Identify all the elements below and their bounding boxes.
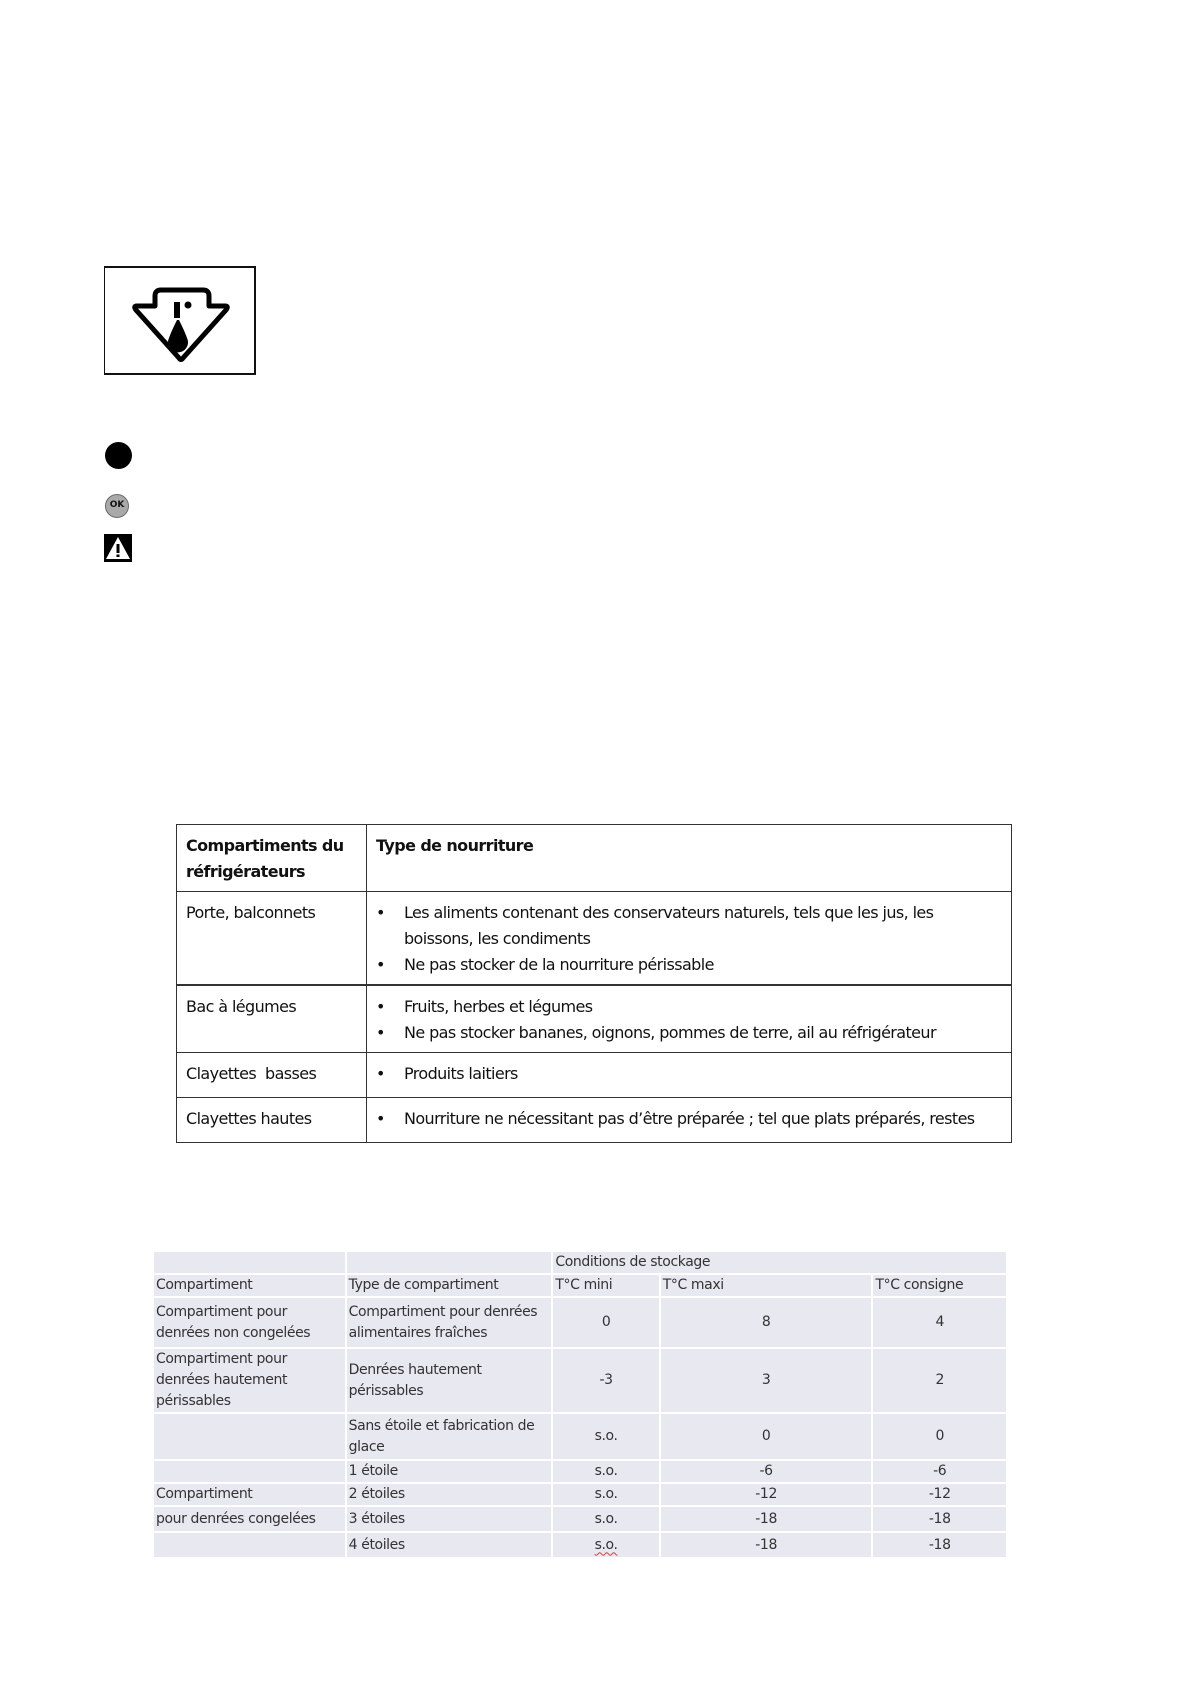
compartment-cell: [154, 1533, 345, 1557]
type-cell: Denrées hautement périssables: [347, 1349, 552, 1412]
table-row: Clayettes hautes Nourriture ne nécessita…: [177, 1098, 1012, 1143]
table-row: Sans étoile et fabrication de glace s.o.…: [154, 1414, 1006, 1459]
table-row: Compartiment 2 étoiles s.o. -12 -12: [154, 1484, 1006, 1505]
list-item: Les aliments contenant des conservateurs…: [404, 900, 1002, 952]
header-compartment-type: Type de compartiment: [347, 1275, 552, 1296]
empty-cell: [347, 1252, 552, 1273]
temp-setpoint-cell: -12: [873, 1484, 1006, 1505]
temp-max-cell: 8: [661, 1298, 872, 1347]
temp-setpoint-cell: -18: [873, 1533, 1006, 1557]
table-row: Bac à légumes Fruits, herbes et légumes …: [177, 985, 1012, 1053]
temp-max-cell: -18: [661, 1533, 872, 1557]
type-cell: 1 étoile: [347, 1461, 552, 1482]
header-compartments: Compartiments du réfrigérateurs: [177, 825, 367, 892]
temp-max-cell: 0: [661, 1414, 872, 1459]
table-header-row: Compartiments du réfrigérateurs Type de …: [177, 825, 1012, 892]
compartment-cell: Porte, balconnets: [177, 892, 367, 986]
table-header-row: Compartiment Type de compartiment T°C mi…: [154, 1275, 1006, 1296]
temp-max-cell: -6: [661, 1461, 872, 1482]
list-item: Ne pas stocker bananes, oignons, pommes …: [404, 1020, 1002, 1046]
table-row: 1 étoile s.o. -6 -6: [154, 1461, 1006, 1482]
list-item: Ne pas stocker de la nourriture périssab…: [404, 952, 1002, 978]
header-temp-max: T°C maxi: [661, 1275, 872, 1296]
food-type-cell: Nourriture ne nécessitant pas d’être pré…: [367, 1098, 1012, 1143]
compartment-cell: [154, 1461, 345, 1482]
group-header-storage-conditions: Conditions de stockage: [553, 1252, 1006, 1273]
type-cell: 3 étoiles: [347, 1507, 552, 1531]
ok-button-icon: OK: [105, 494, 129, 518]
compartment-cell: Bac à légumes: [177, 985, 367, 1053]
temp-min-cell: 0: [553, 1298, 658, 1347]
table-row: Clayettes basses Produits laitiers: [177, 1053, 1012, 1098]
food-type-cell: Fruits, herbes et légumes Ne pas stocker…: [367, 985, 1012, 1053]
table-row: Porte, balconnets Les aliments contenant…: [177, 892, 1012, 986]
table-row: pour denrées congelées 3 étoiles s.o. -1…: [154, 1507, 1006, 1531]
compartment-cell: Clayettes basses: [177, 1053, 367, 1098]
header-temp-min: T°C mini: [553, 1275, 658, 1296]
food-type-cell: Produits laitiers: [367, 1053, 1012, 1098]
temp-min-cell: s.o.: [553, 1507, 658, 1531]
temp-max-cell: 3: [661, 1349, 872, 1412]
spellcheck-underlined-text: s.o.: [595, 1537, 618, 1553]
list-item: Produits laitiers: [404, 1061, 1002, 1087]
temp-max-cell: -12: [661, 1484, 872, 1505]
compartment-cell: [154, 1414, 345, 1459]
compartment-cell: Compartiment: [154, 1484, 345, 1505]
compartment-cell: Compartiment pour denrées non congelées: [154, 1298, 345, 1347]
compartment-cell: Clayettes hautes: [177, 1098, 367, 1143]
temp-min-cell: s.o.: [553, 1484, 658, 1505]
type-cell: Sans étoile et fabrication de glace: [347, 1414, 552, 1459]
compartment-cell: pour denrées congelées: [154, 1507, 345, 1531]
temp-min-cell: -3: [553, 1349, 658, 1412]
temp-setpoint-cell: -6: [873, 1461, 1006, 1482]
type-cell: Compartiment pour denrées alimentaires f…: [347, 1298, 552, 1347]
header-temp-setpoint: T°C consigne: [873, 1275, 1006, 1296]
type-cell: 4 étoiles: [347, 1533, 552, 1557]
storage-symbol-box: [104, 266, 256, 375]
downward-pentagon-thermometer-icon: [131, 282, 231, 364]
temp-setpoint-cell: -18: [873, 1507, 1006, 1531]
compartment-cell: Compartiment pour denrées hautement péri…: [154, 1349, 345, 1412]
temp-min-cell: s.o.: [553, 1461, 658, 1482]
food-type-cell: Les aliments contenant des conservateurs…: [367, 892, 1012, 986]
temp-setpoint-cell: 0: [873, 1414, 1006, 1459]
warning-triangle-icon: [104, 534, 132, 562]
list-item: Nourriture ne nécessitant pas d’être pré…: [404, 1106, 1002, 1132]
group-header-row: Conditions de stockage: [154, 1252, 1006, 1273]
empty-cell: [154, 1252, 345, 1273]
storage-conditions-table: Conditions de stockage Compartiment Type…: [152, 1250, 1008, 1559]
temp-setpoint-cell: 2: [873, 1349, 1006, 1412]
temp-max-cell: -18: [661, 1507, 872, 1531]
food-storage-table: Compartiments du réfrigérateurs Type de …: [176, 824, 1012, 1143]
filled-circle-icon: [105, 442, 132, 469]
header-compartment: Compartiment: [154, 1275, 345, 1296]
temp-min-cell: s.o.: [553, 1533, 658, 1557]
table-row: 4 étoiles s.o. -18 -18: [154, 1533, 1006, 1557]
type-cell: 2 étoiles: [347, 1484, 552, 1505]
list-item: Fruits, herbes et légumes: [404, 994, 1002, 1020]
temp-min-cell: s.o.: [553, 1414, 658, 1459]
temp-setpoint-cell: 4: [873, 1298, 1006, 1347]
table-row: Compartiment pour denrées non congelées …: [154, 1298, 1006, 1347]
header-food-type: Type de nourriture: [367, 825, 1012, 892]
table-row: Compartiment pour denrées hautement péri…: [154, 1349, 1006, 1412]
